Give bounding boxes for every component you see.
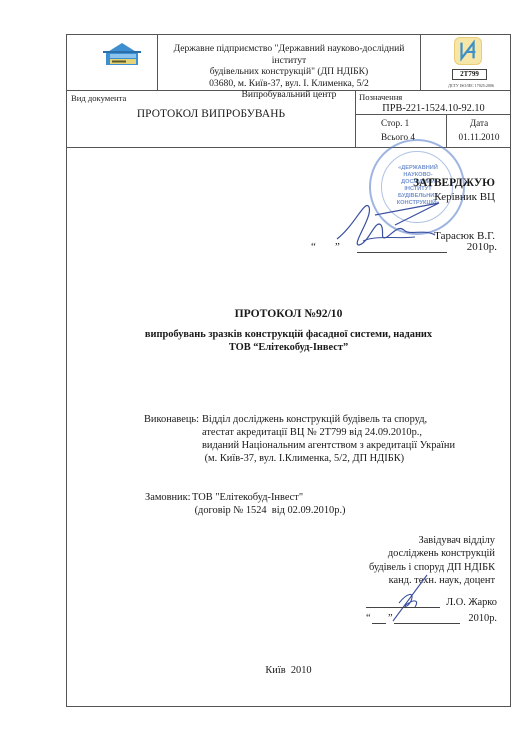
date-blank-line bbox=[357, 252, 447, 253]
protocol-subtitle: випробувань зразків конструкцій фасадної… bbox=[67, 328, 510, 354]
executor-line: (м. Київ-37, вул. І.Клименка, 5/2, ДП НД… bbox=[202, 452, 455, 465]
date-cell: Дата 01.11.2010 bbox=[447, 115, 511, 148]
accreditation-code: 2Т799 bbox=[452, 69, 487, 80]
city-year: Київ 2010 bbox=[67, 665, 510, 676]
approval-year: 2010р. bbox=[467, 241, 497, 253]
date-label: Дата bbox=[447, 118, 511, 128]
page-number: Стор. 1 bbox=[381, 118, 409, 128]
org-address: 03680, м. Київ-37, вул. І. Клименка, 5/2 bbox=[158, 78, 420, 90]
head-line: канд. техн. наук, доцент bbox=[369, 574, 495, 587]
doc-type-cell: Вид документа ПРОТОКОЛ ВИПРОБУВАНЬ bbox=[67, 91, 356, 147]
stamp-line: «ДЕРЖАВНИЙ bbox=[389, 165, 447, 172]
document-frame: Державне підприємство "Державний науково… bbox=[66, 34, 511, 707]
quote-close: ” bbox=[388, 613, 393, 624]
date-value: 01.11.2010 bbox=[447, 132, 511, 142]
header: Державне підприємство "Державний науково… bbox=[67, 35, 510, 91]
head-signature-icon bbox=[389, 573, 429, 623]
designation-cell: Позначення ПРВ-221-1524.10-92.10 bbox=[356, 91, 511, 115]
quote-open: “ bbox=[366, 613, 371, 624]
executor-label: Виконавець: bbox=[144, 413, 199, 426]
quote-close: ” bbox=[335, 241, 340, 253]
month-blank-line bbox=[394, 623, 460, 624]
signature-blank-line bbox=[366, 607, 440, 608]
accreditation-logo bbox=[454, 37, 482, 65]
approval-title: ЗАТВЕРДЖУЮ bbox=[413, 176, 495, 190]
subtitle-line: ТОВ “Елітекобуд-Інвест” bbox=[67, 341, 510, 354]
customer-line: ТОВ "Елітекобуд-Інвест" bbox=[192, 491, 346, 504]
organization-info: Державне підприємство "Державний науково… bbox=[158, 35, 421, 90]
designation-value: ПРВ-221-1524.10-92.10 bbox=[356, 103, 511, 114]
executor-details: Відділ досліджень конструкцій будівель т… bbox=[202, 413, 455, 465]
doc-type-value: ПРОТОКОЛ ВИПРОБУВАНЬ bbox=[67, 108, 355, 120]
quote-open: “ bbox=[311, 241, 316, 253]
na-logo-icon bbox=[455, 38, 481, 64]
org-line: Державне підприємство "Державний науково… bbox=[158, 43, 420, 66]
accreditation-cell: 2Т799 ДСТУ ISO/IEC 17025:2006 bbox=[421, 35, 511, 90]
org-line: будівельних конструкцій" (ДП НДІБК) bbox=[158, 66, 420, 78]
head-line: будівель і споруд ДП НДІБК bbox=[369, 561, 495, 574]
day-blank-line bbox=[372, 623, 386, 624]
customer-details: ТОВ "Елітекобуд-Інвест" (договір № 1524 … bbox=[192, 491, 346, 517]
subtitle-line: випробувань зразків конструкцій фасадної… bbox=[67, 328, 510, 341]
head-of-department-block: Завідувач відділу досліджень конструкцій… bbox=[369, 534, 495, 587]
doc-type-label: Вид документа bbox=[71, 93, 126, 103]
accreditation-standard: ДСТУ ISO/IEC 17025:2006 bbox=[433, 83, 509, 88]
approver-signature-icon bbox=[335, 195, 445, 251]
head-year: 2010р. bbox=[468, 613, 497, 624]
designation-label: Позначення bbox=[359, 92, 402, 102]
head-line: Завідувач відділу bbox=[369, 534, 495, 547]
executor-line: виданий Національним агентством з акреди… bbox=[202, 439, 455, 452]
executor-line: атестат акредитації ВЦ № 2Т799 від 24.09… bbox=[202, 426, 455, 439]
institute-logo-cell bbox=[67, 35, 158, 90]
customer-label: Замовник: bbox=[145, 491, 191, 504]
protocol-title: ПРОТОКОЛ №92/10 bbox=[67, 307, 510, 320]
executor-line: Відділ досліджень конструкцій будівель т… bbox=[202, 413, 455, 426]
house-logo-icon bbox=[103, 42, 141, 66]
document-info-row: Вид документа ПРОТОКОЛ ВИПРОБУВАНЬ Позна… bbox=[67, 91, 510, 148]
head-name: Л.О. Жарко bbox=[446, 597, 497, 608]
customer-line: (договір № 1524 від 02.09.2010р.) bbox=[192, 504, 346, 517]
head-line: досліджень конструкцій bbox=[369, 547, 495, 560]
